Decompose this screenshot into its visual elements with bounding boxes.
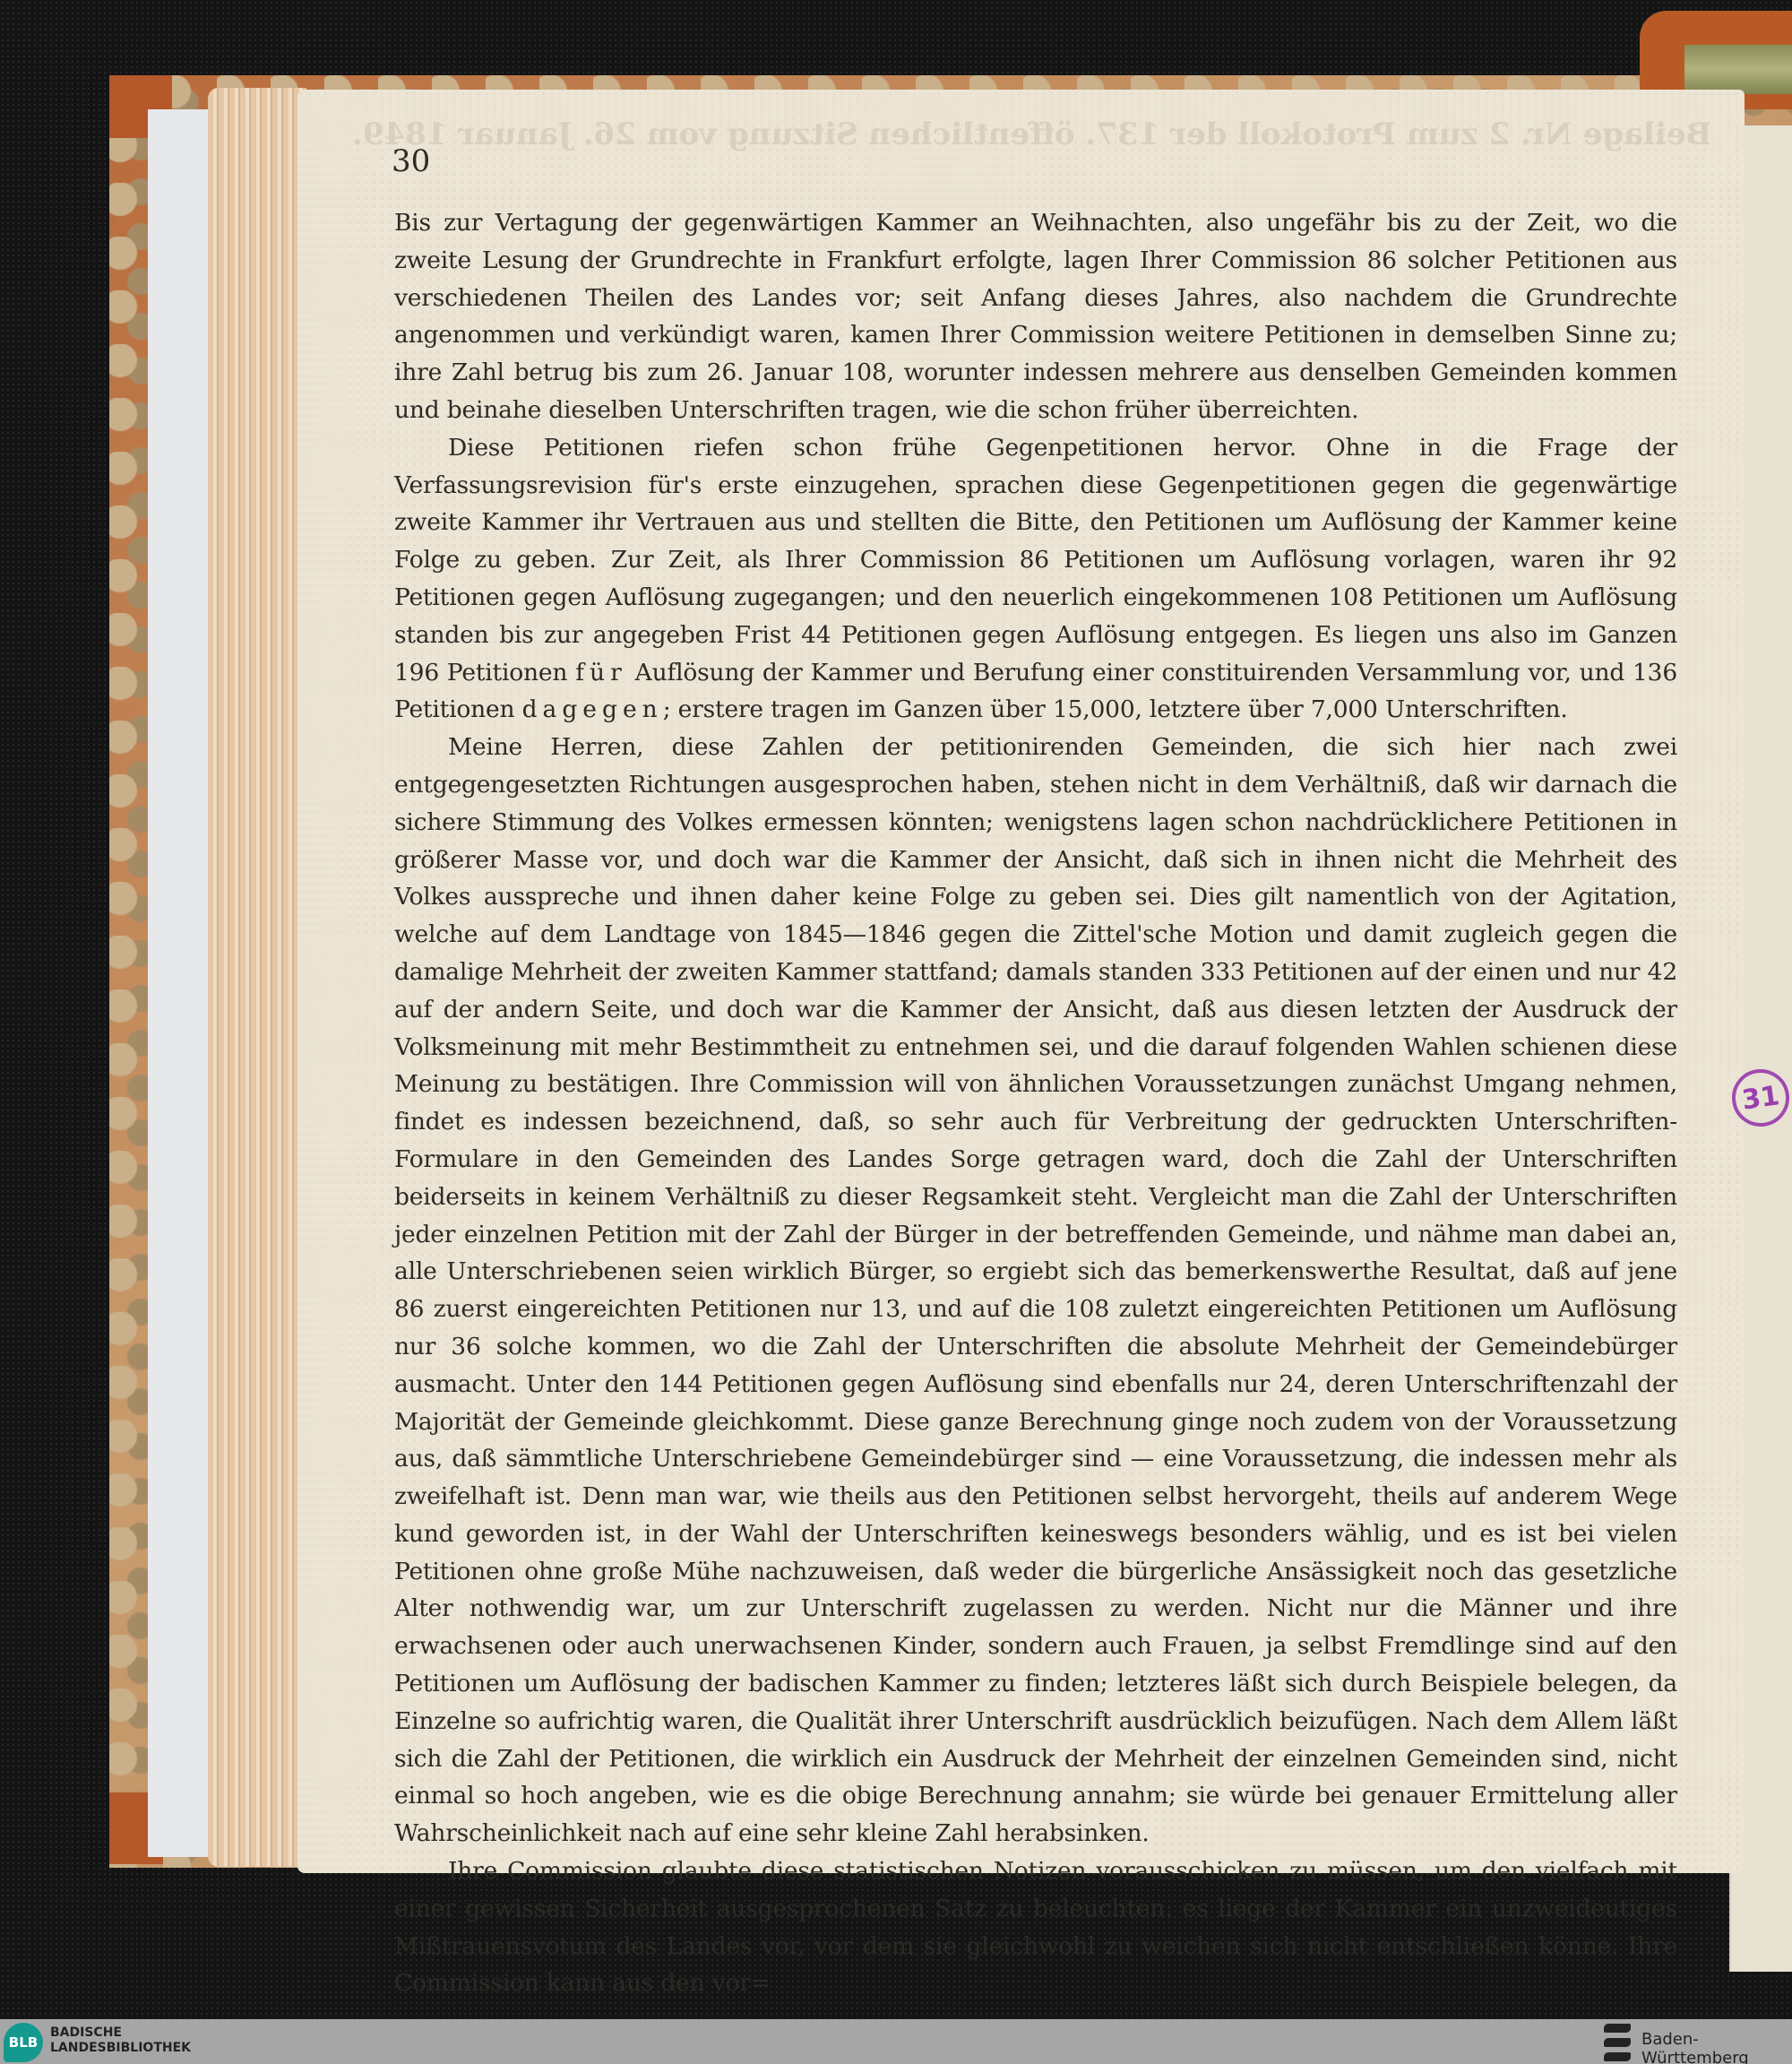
paragraph-2-text: Diese Petitionen riefen schon frühe Gege… [394, 434, 1677, 687]
flyleaf [148, 109, 209, 1857]
blb-logo-icon[interactable]: BLB [4, 2023, 43, 2062]
state-name[interactable]: Baden-Württemberg [1641, 2030, 1792, 2064]
library-name-line2: LANDESBIBLIOTHEK [50, 2041, 191, 2056]
paragraph-3: Meine Herren, diese Zahlen der petitioni… [394, 729, 1677, 1852]
emphasis-dagegen: dagegen [522, 695, 663, 723]
paragraph-2-text: ; erstere tragen im Ganzen über 15,000, … [663, 695, 1568, 723]
bleed-through-header: Beilage Nr. 2 zum Protokoll der 137. öff… [352, 117, 1711, 152]
paragraph-2: Diese Petitionen riefen schon frühe Gege… [394, 429, 1677, 729]
coat-of-arms-icon [1604, 2024, 1631, 2061]
footer-bar: BLB BADISCHE LANDESBIBLIOTHEK Baden-Würt… [0, 2019, 1792, 2064]
page-text: Bis zur Vertagung der gegenwärtigen Kamm… [394, 204, 1677, 2002]
library-name: BADISCHE LANDESBIBLIOTHEK [50, 2025, 191, 2056]
paragraph-1: Bis zur Vertagung der gegenwärtigen Kamm… [394, 204, 1677, 429]
page-edges-top [1684, 45, 1792, 94]
emphasis-fuer: für [575, 659, 627, 687]
page-number: 30 [392, 143, 430, 179]
library-name-line1: BADISCHE [50, 2025, 191, 2041]
paragraph-4: Ihre Commission glaubte diese statistisc… [394, 1852, 1677, 2002]
page-stack-edges [208, 88, 306, 1867]
